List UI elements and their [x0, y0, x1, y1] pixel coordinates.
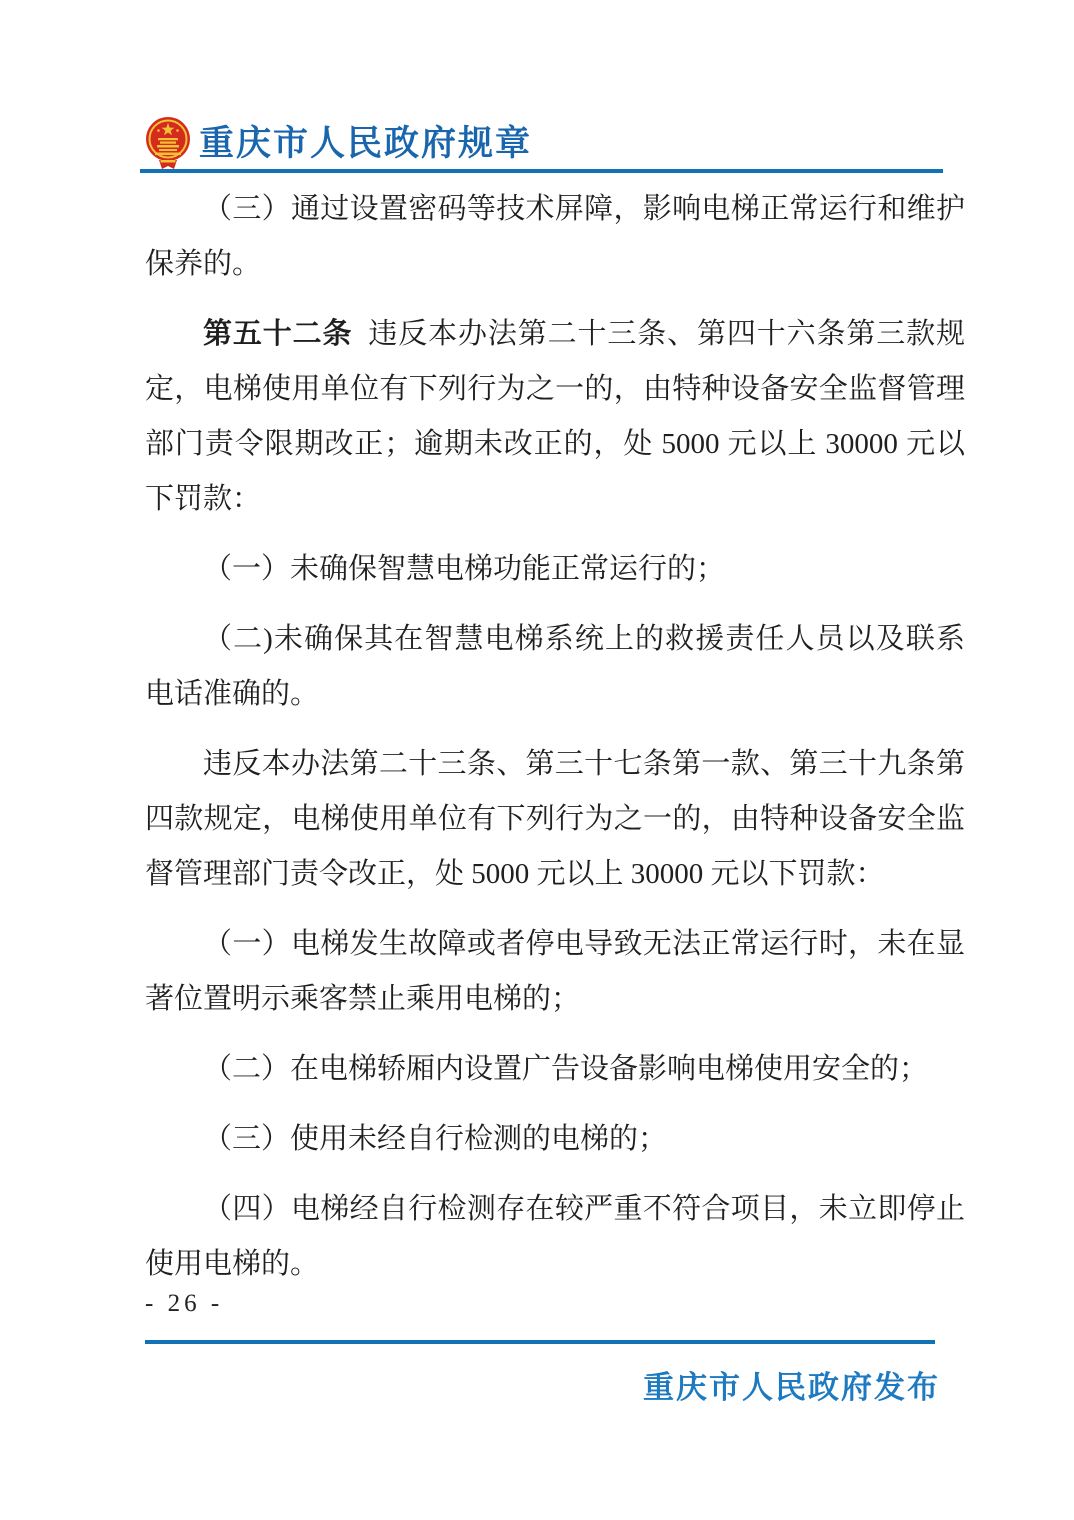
body-paragraph: （一）未确保智慧电梯功能正常运行的；	[145, 542, 965, 597]
body-paragraph: （三）使用未经自行检测的电梯的；	[145, 1112, 965, 1167]
publisher-label: 重庆市人民政府发布	[643, 1362, 940, 1407]
footer-divider-line	[145, 1340, 935, 1344]
body-paragraph: （三）通过设置密码等技术屏障，影响电梯正常运行和维护保养的。	[145, 182, 965, 292]
national-emblem-icon	[145, 116, 191, 170]
body-paragraph: （二)未确保其在智慧电梯系统上的救援责任人员以及联系电话准确的。	[145, 612, 965, 722]
document-header: 重庆市人民政府规章	[145, 116, 965, 170]
body-paragraph: （四）电梯经自行检测存在较严重不符合项目，未立即停止使用电梯的。	[145, 1182, 965, 1292]
page-number: - 26 -	[145, 1290, 223, 1318]
article-number-label: 第五十二条	[203, 318, 352, 350]
body-paragraph: （二）在电梯轿厢内设置广告设备影响电梯使用安全的；	[145, 1042, 965, 1097]
document-page: 重庆市人民政府规章 （三）通过设置密码等技术屏障，影响电梯正常运行和维护保养的。…	[0, 0, 1074, 1520]
body-paragraph-article-52: 第五十二条违反本办法第二十三条、第四十六条第三款规定，电梯使用单位有下列行为之一…	[145, 307, 965, 527]
body-paragraph: 违反本办法第二十三条、第三十七条第一款、第三十九条第四款规定，电梯使用单位有下列…	[145, 737, 965, 902]
document-category-title: 重庆市人民政府规章	[199, 126, 532, 161]
body-paragraph: （一）电梯发生故障或者停电导致无法正常运行时，未在显著位置明示乘客禁止乘用电梯的…	[145, 917, 965, 1027]
document-body: （三）通过设置密码等技术屏障，影响电梯正常运行和维护保养的。 第五十二条违反本办…	[145, 167, 965, 1307]
